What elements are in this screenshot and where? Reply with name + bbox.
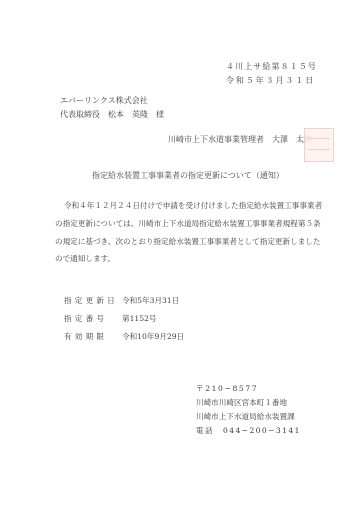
body-line-4: ので通知します。 (55, 254, 115, 264)
detail-label-expiry: 有効期限 (64, 332, 107, 342)
addressee-company: エバーリンクス株式会社 (60, 96, 148, 106)
document-page: ４川上サ給第８１５号 令和５年３月３１日 エバーリンクス株式会社 代表取締役 松… (0, 0, 362, 513)
sender-name: 川崎市上下水道事業管理者 大澤 太郎 (168, 135, 312, 145)
contact-postal-code: 〒210−8577 (196, 384, 258, 394)
detail-value-designation-number: 第1152号 (122, 314, 157, 324)
detail-value-expiry: 令和10年9月29日 (122, 332, 184, 342)
detail-label-renewal-date: 指定更新日 (64, 296, 118, 306)
issue-date: 令和５年３月３１日 (226, 76, 315, 86)
reference-number: ４川上サ給第８１５号 (226, 62, 317, 72)
addressee-representative: 代表取締役 松本 英隆 様 (60, 110, 164, 120)
official-seal-stamp (304, 128, 334, 162)
document-title: 指定給水装置工事事業者の指定更新について（通知） (92, 171, 284, 181)
contact-address: 川崎市川崎区宮本町１番地 (196, 398, 287, 408)
body-line-3: の規定に基づき、次のとおり指定給水装置工事事業者として指定更新しました (55, 237, 320, 247)
contact-department: 川崎市上下水道局給水装置課 (196, 412, 295, 422)
detail-label-designation-number: 指定番号 (64, 314, 107, 324)
body-line-1: 令和４年１２月２４日付けで申請を受け付けました指定給水装置工事事業者 (64, 201, 322, 211)
detail-value-renewal-date: 令和5年3月31日 (122, 296, 179, 306)
body-line-2: の指定更新については、川崎市上下水道局指定給水装置工事事業者規程第５条 (55, 219, 321, 229)
contact-phone: 電話 044−200−3141 (196, 426, 301, 436)
